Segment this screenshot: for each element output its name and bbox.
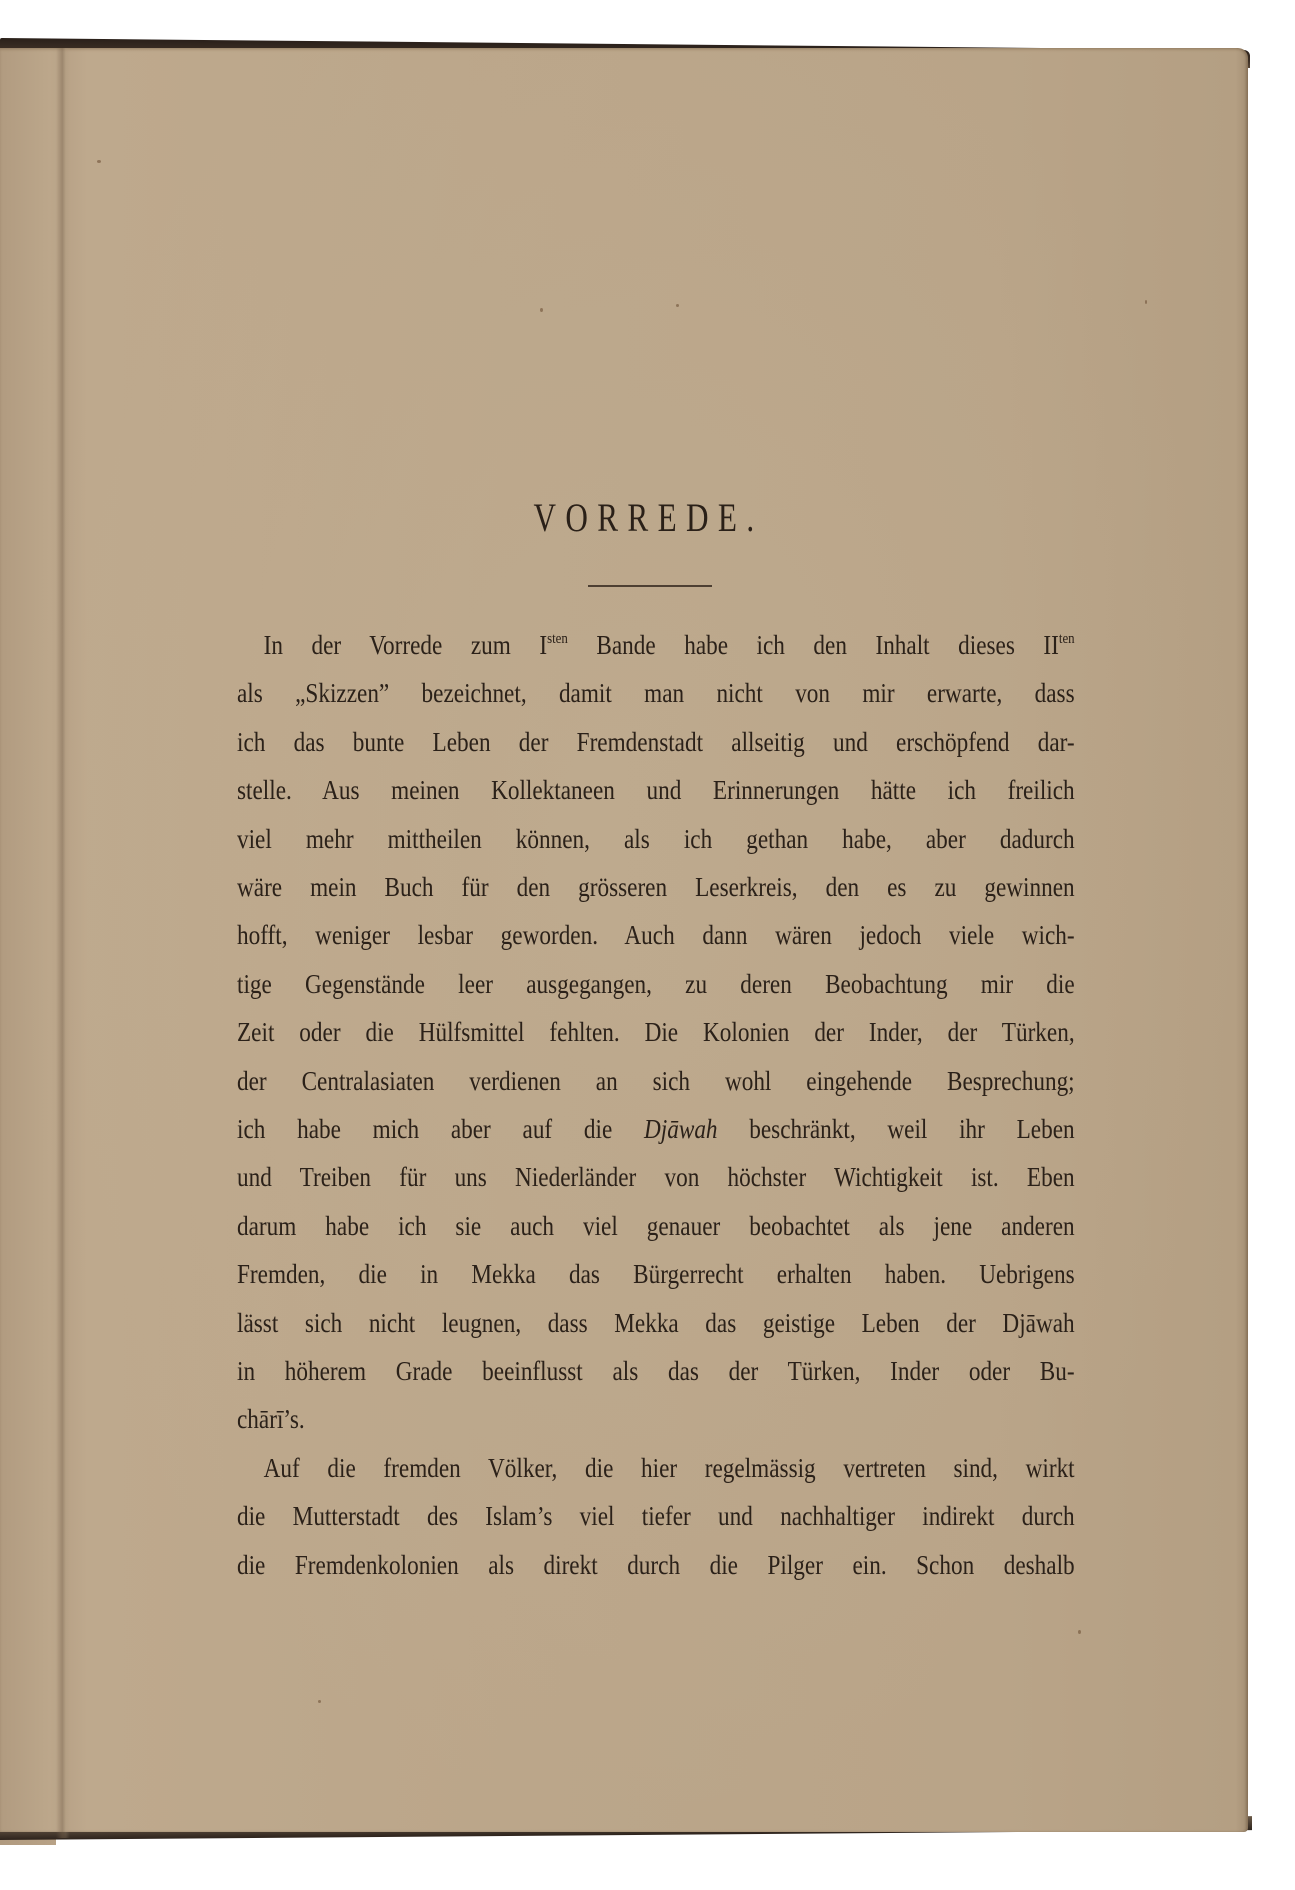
text-line: als „Skizzen” bezeichnet, damit man nich… xyxy=(237,673,1075,713)
text-line: die Mutterstadt des Islam’s viel tiefer … xyxy=(237,1496,1075,1536)
text-line: tige Gegenstände leer ausgegangen, zu de… xyxy=(237,964,1075,1004)
text-line: in höherem Grade beeinflusst als das der… xyxy=(237,1351,1075,1391)
title-rule-divider xyxy=(588,585,712,587)
text-line: ich das bunte Leben der Fremdenstadt all… xyxy=(237,722,1075,762)
paragraph-first-line: In der Vorrede zum Isten Bande habe ich … xyxy=(237,625,1075,665)
text-line: stelle. Aus meinen Kollektaneen und Erin… xyxy=(237,770,1075,810)
page-title: VORREDE. xyxy=(143,496,1153,540)
paper-speck xyxy=(97,160,101,163)
paragraph-first-line: Auf die fremden Völker, die hier regelmä… xyxy=(237,1448,1075,1488)
paper-speck xyxy=(676,304,679,307)
italic-term: Djāwah xyxy=(644,1114,718,1144)
text-line: und Treiben für uns Niederländer von höc… xyxy=(237,1157,1075,1197)
ordinal-superscript: ten xyxy=(1059,631,1075,647)
paper-speck xyxy=(1145,300,1147,304)
text-line: Fremden, die in Mekka das Bürgerrecht er… xyxy=(237,1254,1075,1294)
text-line: viel mehr mittheilen können, als ich get… xyxy=(237,819,1075,859)
ordinal-superscript: sten xyxy=(547,631,568,647)
book-gutter xyxy=(56,48,70,1838)
text-line: chārī’s. xyxy=(237,1399,1075,1439)
text-line: wäre mein Buch für den grösseren Leserkr… xyxy=(237,867,1075,907)
paper-speck xyxy=(540,308,543,312)
text-line: der Centralasiaten verdienen an sich woh… xyxy=(237,1061,1075,1101)
text-line: lässt sich nicht leugnen, dass Mekka das… xyxy=(237,1303,1075,1343)
text-line: Zeit oder die Hülfsmittel fehlten. Die K… xyxy=(237,1012,1075,1052)
text-line: hofft, weniger lesbar geworden. Auch dan… xyxy=(237,915,1075,955)
text-line: die Fremdenkolonien als direkt durch die… xyxy=(237,1545,1075,1585)
paper-speck xyxy=(1078,1630,1081,1634)
text-line: darum habe ich sie auch viel genauer beo… xyxy=(237,1206,1075,1246)
text-line: ich habe mich aber auf die Djāwah beschr… xyxy=(237,1109,1075,1149)
paper-speck xyxy=(318,1700,321,1703)
